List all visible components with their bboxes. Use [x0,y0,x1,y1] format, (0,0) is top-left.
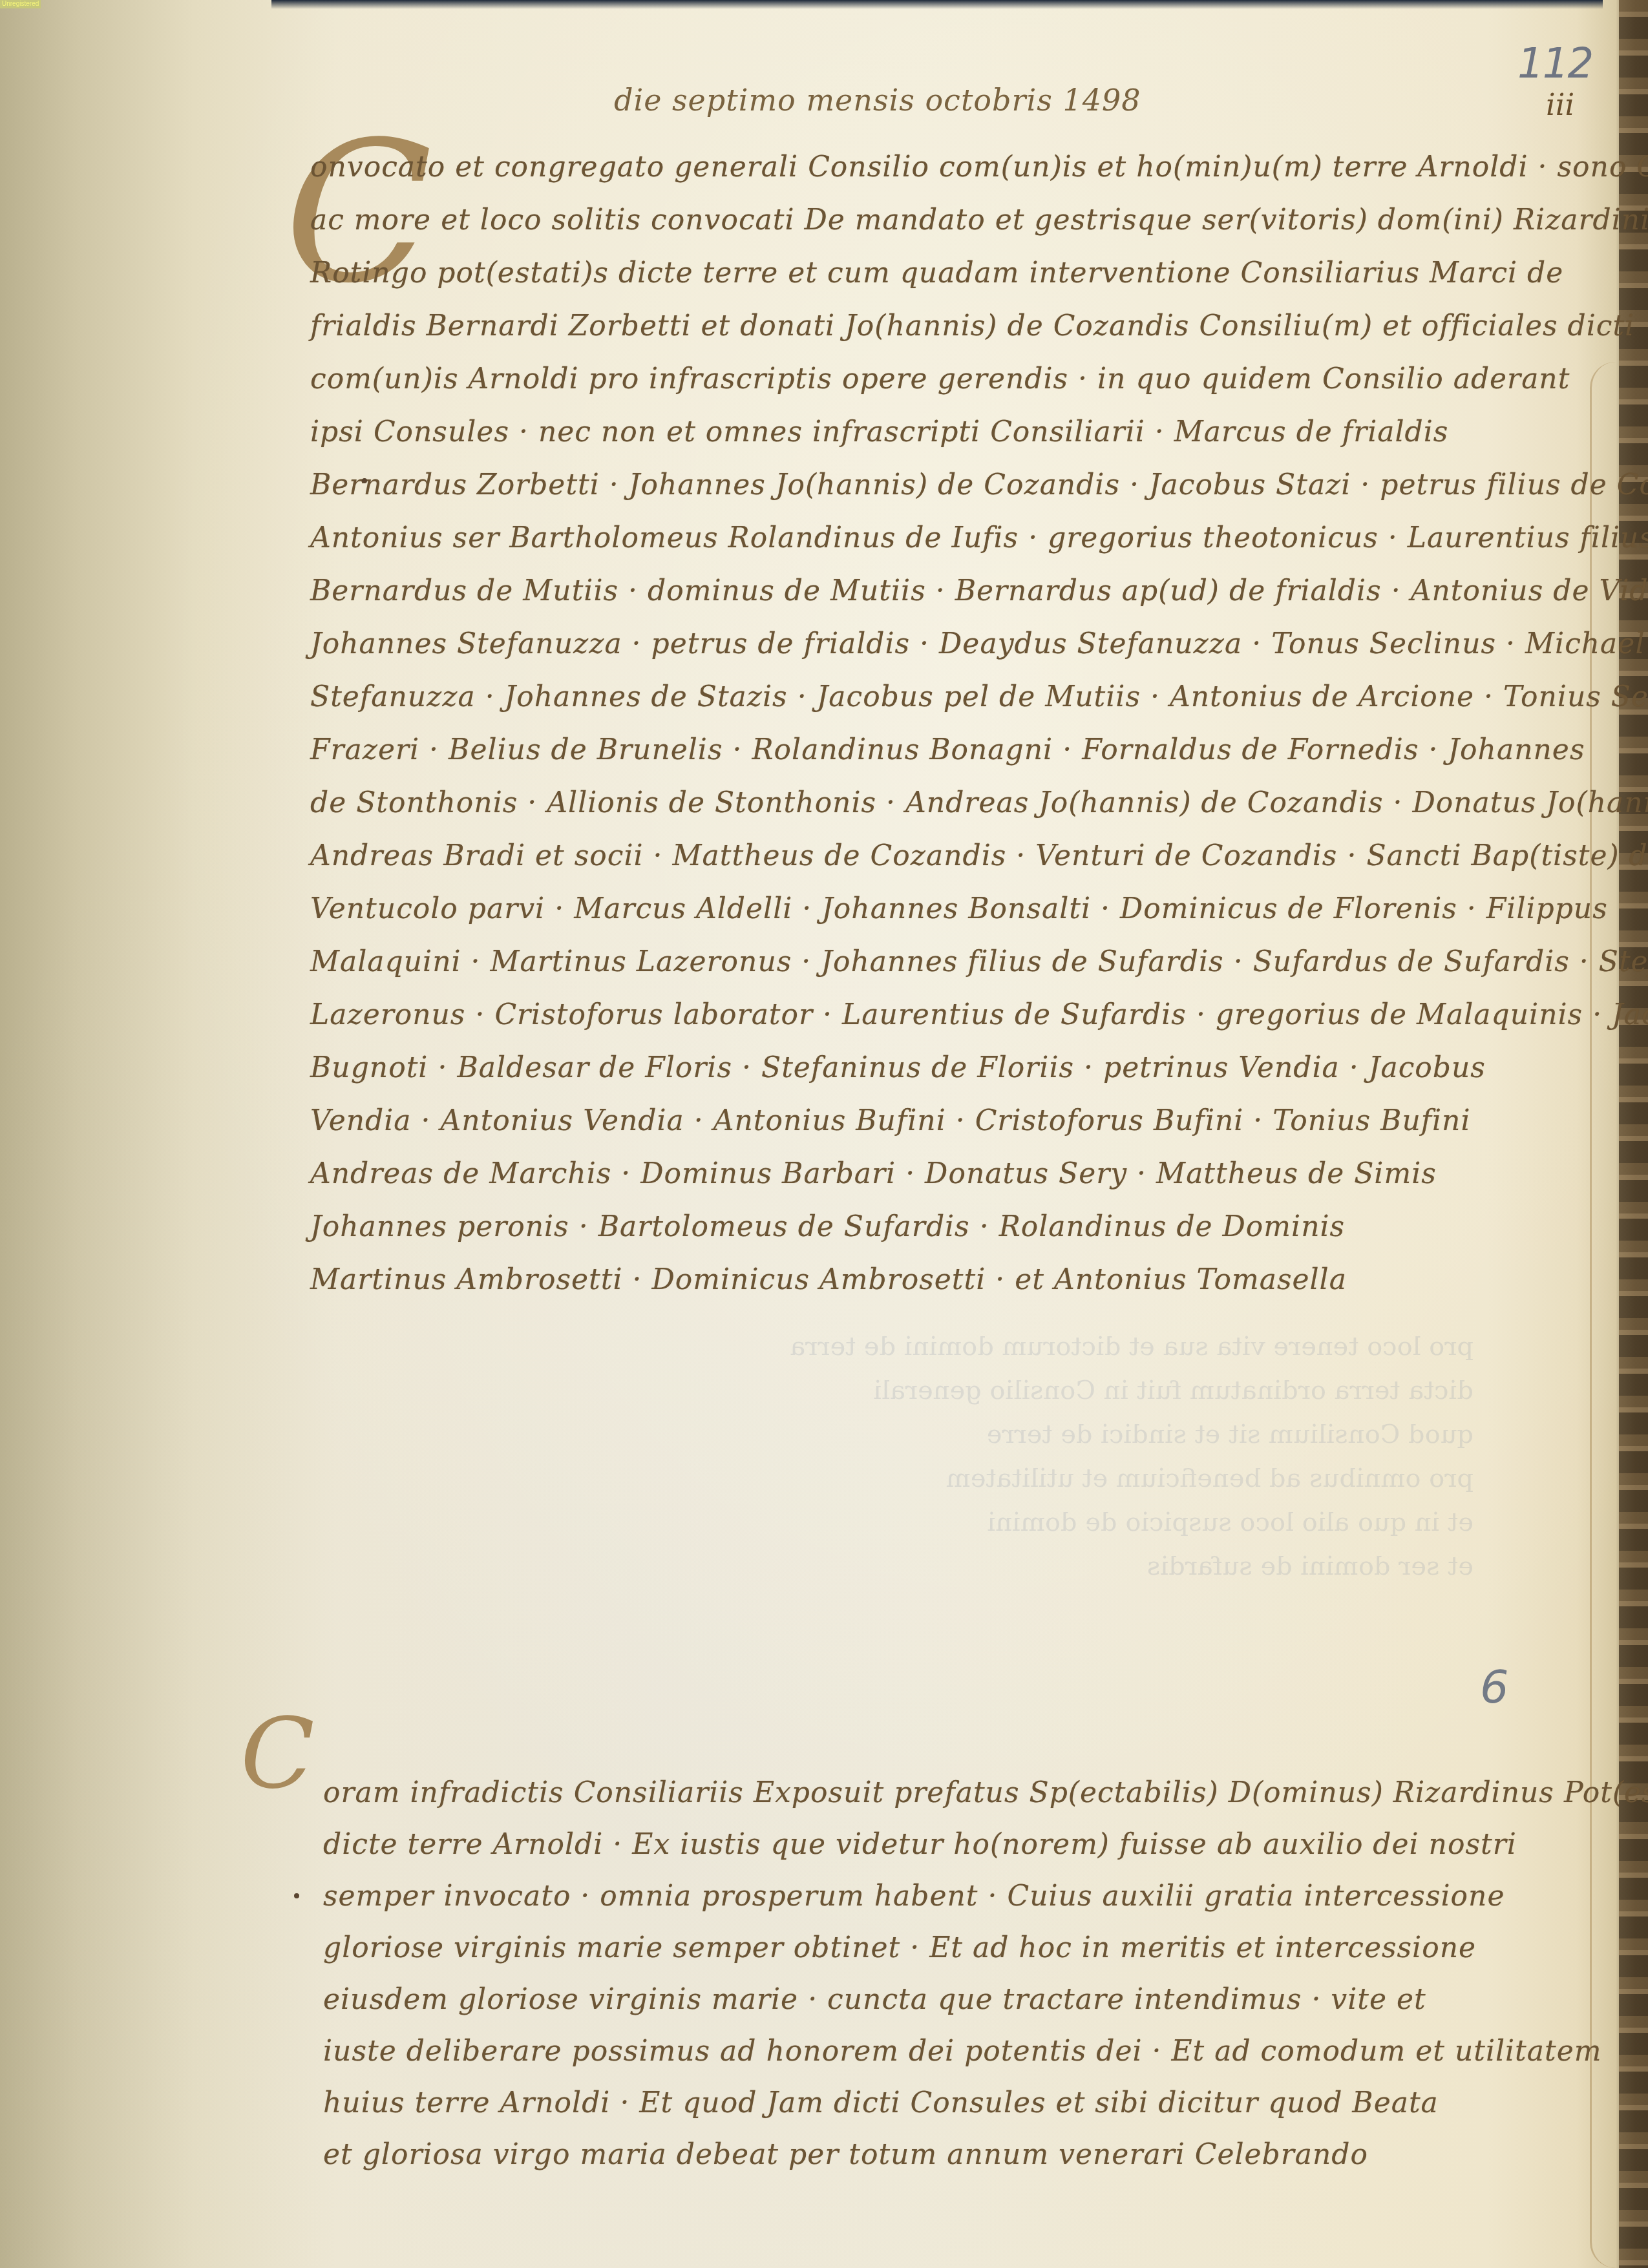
text-line: ac more et loco solitis convocati De man… [310,194,1577,247]
text-line: Frazeri · Belius de Brunelis · Rolandinu… [310,724,1577,777]
text-line: oram infradictis Consiliariis Exposuit p… [323,1767,1590,1819]
text-line: de Stonthonis · Allionis de Stonthonis ·… [310,777,1577,830]
text-line: frialdis Bernardi Zorbetti et donati Jo(… [310,300,1577,353]
text-line: ipsi Consules · nec non et omnes infrasc… [310,406,1577,459]
bleed-through-text: pro loco tenere vita sua et dictorum dom… [246,1325,1474,1661]
bleed-line: et in quo alio loco suspicio de domini [246,1500,1474,1544]
text-line: semper invocato · omnia prosperum habent… [323,1871,1590,1922]
text-line: Malaquini · Martinus Lazeronus · Johanne… [310,936,1577,989]
ink-dot [362,478,367,483]
bleed-line: quod Consilium sit et sindici de terre [246,1412,1474,1456]
text-line: onvocato et congregato generali Consilio… [310,141,1577,194]
text-line: eiusdem gloriose virginis marie · cuncta… [323,1974,1590,2026]
text-line: dicte terre Arnoldi · Ex iustis que vide… [323,1819,1590,1871]
text-line: Antonius ser Bartholomeus Rolandinus de … [310,512,1577,565]
text-line: Andreas de Marchis · Dominus Barbari · D… [310,1148,1577,1201]
bleed-line: pro omnibus ad beneficium et utilitatem [246,1456,1474,1500]
date-heading: die septimo mensis octobris 1498 [614,83,1141,118]
folio-roman-numeral: iii [1546,87,1574,122]
text-line: Bugnoti · Baldesar de Floris · Stefaninu… [310,1042,1577,1095]
decorated-initial-2: C [240,1706,315,1803]
text-line: Lazeronus · Cristoforus laborator · Laur… [310,989,1577,1042]
text-line: gloriose virginis marie semper obtinet ·… [323,1922,1590,1974]
bleed-line: dicta terra ordinatum fuit in Consilio g… [246,1369,1474,1412]
text-line: Andreas Bradi et socii · Mattheus de Coz… [310,830,1577,883]
text-line: com(un)is Arnoldi pro infrascriptis oper… [310,353,1577,406]
text-line: Johannes Stefanuzza · petrus de frialdis… [310,618,1577,671]
text-line: Rotingo pot(estati)s dicte terre et cum … [310,247,1577,300]
text-line: Martinus Ambrosetti · Dominicus Ambroset… [310,1254,1577,1307]
text-line: Vendia · Antonius Vendia · Antonius Bufi… [310,1095,1577,1148]
text-line: Johannes peronis · Bartolomeus de Sufard… [310,1201,1577,1254]
pencil-margin-mark: 6 [1480,1661,1509,1714]
manuscript-page: Unregistered 112 iii die septimo mensis … [0,0,1648,2268]
text-line: iuste deliberare possimus ad honorem dei… [323,2026,1590,2077]
paragraph-council-roster: onvocato et congregato generali Consilio… [310,141,1577,1307]
text-line: Ventucolo parvi · Marcus Aldelli · Johan… [310,883,1577,936]
text-line: huius terre Arnoldi · Et quod Jam dicti … [323,2077,1590,2129]
text-line: et gloriosa virgo maria debeat per totum… [323,2129,1590,2181]
unregistered-watermark: Unregistered [0,0,41,8]
paragraph-podesta-exposition: oram infradictis Consiliariis Exposuit p… [323,1767,1590,2181]
folio-number: 112 [1517,40,1592,88]
ink-dot [294,1893,299,1898]
text-line: Bernardus Zorbetti · Johannes Jo(hannis)… [310,459,1577,512]
bleed-line: et ser domini de sufardis [246,1544,1474,1588]
text-line: Stefanuzza · Johannes de Stazis · Jacobu… [310,671,1577,724]
top-edge-shadow [271,0,1603,9]
bleed-line: pro loco tenere vita sua et dictorum dom… [246,1325,1474,1369]
text-line: Bernardus de Mutiis · dominus de Mutiis … [310,565,1577,618]
